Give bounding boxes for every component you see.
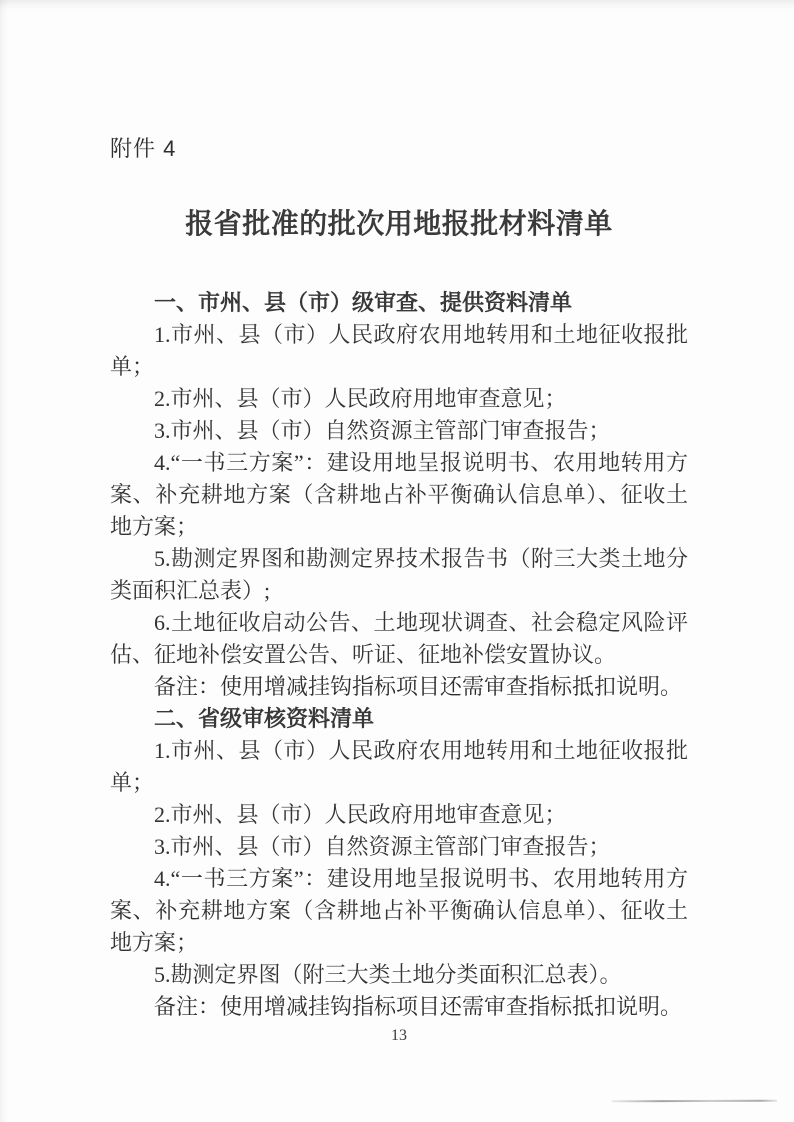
section1-item-2: 2.市州、县（市）人民政府用地审查意见；	[110, 383, 688, 415]
section1-item-4: 4.“一书三方案”：建设用地呈报说明书、农用地转用方案、补充耕地方案（含耕地占补…	[110, 447, 688, 543]
document-body: 一、市州、县（市）级审查、提供资料清单 1.市州、县（市）人民政府农用地转用和土…	[110, 287, 688, 1023]
section1-item-3: 3.市州、县（市）自然资源主管部门审查报告；	[110, 415, 688, 447]
section2-item-2: 2.市州、县（市）人民政府用地审查意见；	[110, 799, 688, 831]
page-number: 13	[110, 1025, 688, 1047]
scan-artifact-line	[612, 1100, 777, 1103]
section2-heading: 二、省级审核资料清单	[110, 703, 688, 735]
section1-note: 备注：使用增减挂钩指标项目还需审查指标抵扣说明。	[110, 671, 688, 703]
section1-item-1: 1.市州、县（市）人民政府农用地转用和土地征收报批单；	[110, 319, 688, 383]
section2-item-5: 5.勘测定界图（附三大类土地分类面积汇总表）。	[110, 959, 688, 991]
section1-item-6: 6.土地征收启动公告、土地现状调查、社会稳定风险评估、征地补偿安置公告、听证、征…	[110, 607, 688, 671]
section2-item-3: 3.市州、县（市）自然资源主管部门审查报告；	[110, 831, 688, 863]
document-title: 报省批准的批次用地报批材料清单	[110, 205, 688, 245]
section1-item-5: 5.勘测定界图和勘测定界技术报告书（附三大类土地分类面积汇总表）;	[110, 543, 688, 607]
section2-item-4: 4.“一书三方案”：建设用地呈报说明书、农用地转用方案、补充耕地方案（含耕地占补…	[110, 863, 688, 959]
section2-note: 备注：使用增减挂钩指标项目还需审查指标抵扣说明。	[110, 991, 688, 1023]
section2-item-1: 1.市州、县（市）人民政府农用地转用和土地征收报批单；	[110, 735, 688, 799]
attachment-label: 附件 4	[110, 133, 688, 165]
section1-heading: 一、市州、县（市）级审查、提供资料清单	[110, 287, 688, 319]
document-page: 附件 4 报省批准的批次用地报批材料清单 一、市州、县（市）级审查、提供资料清单…	[0, 0, 794, 1122]
